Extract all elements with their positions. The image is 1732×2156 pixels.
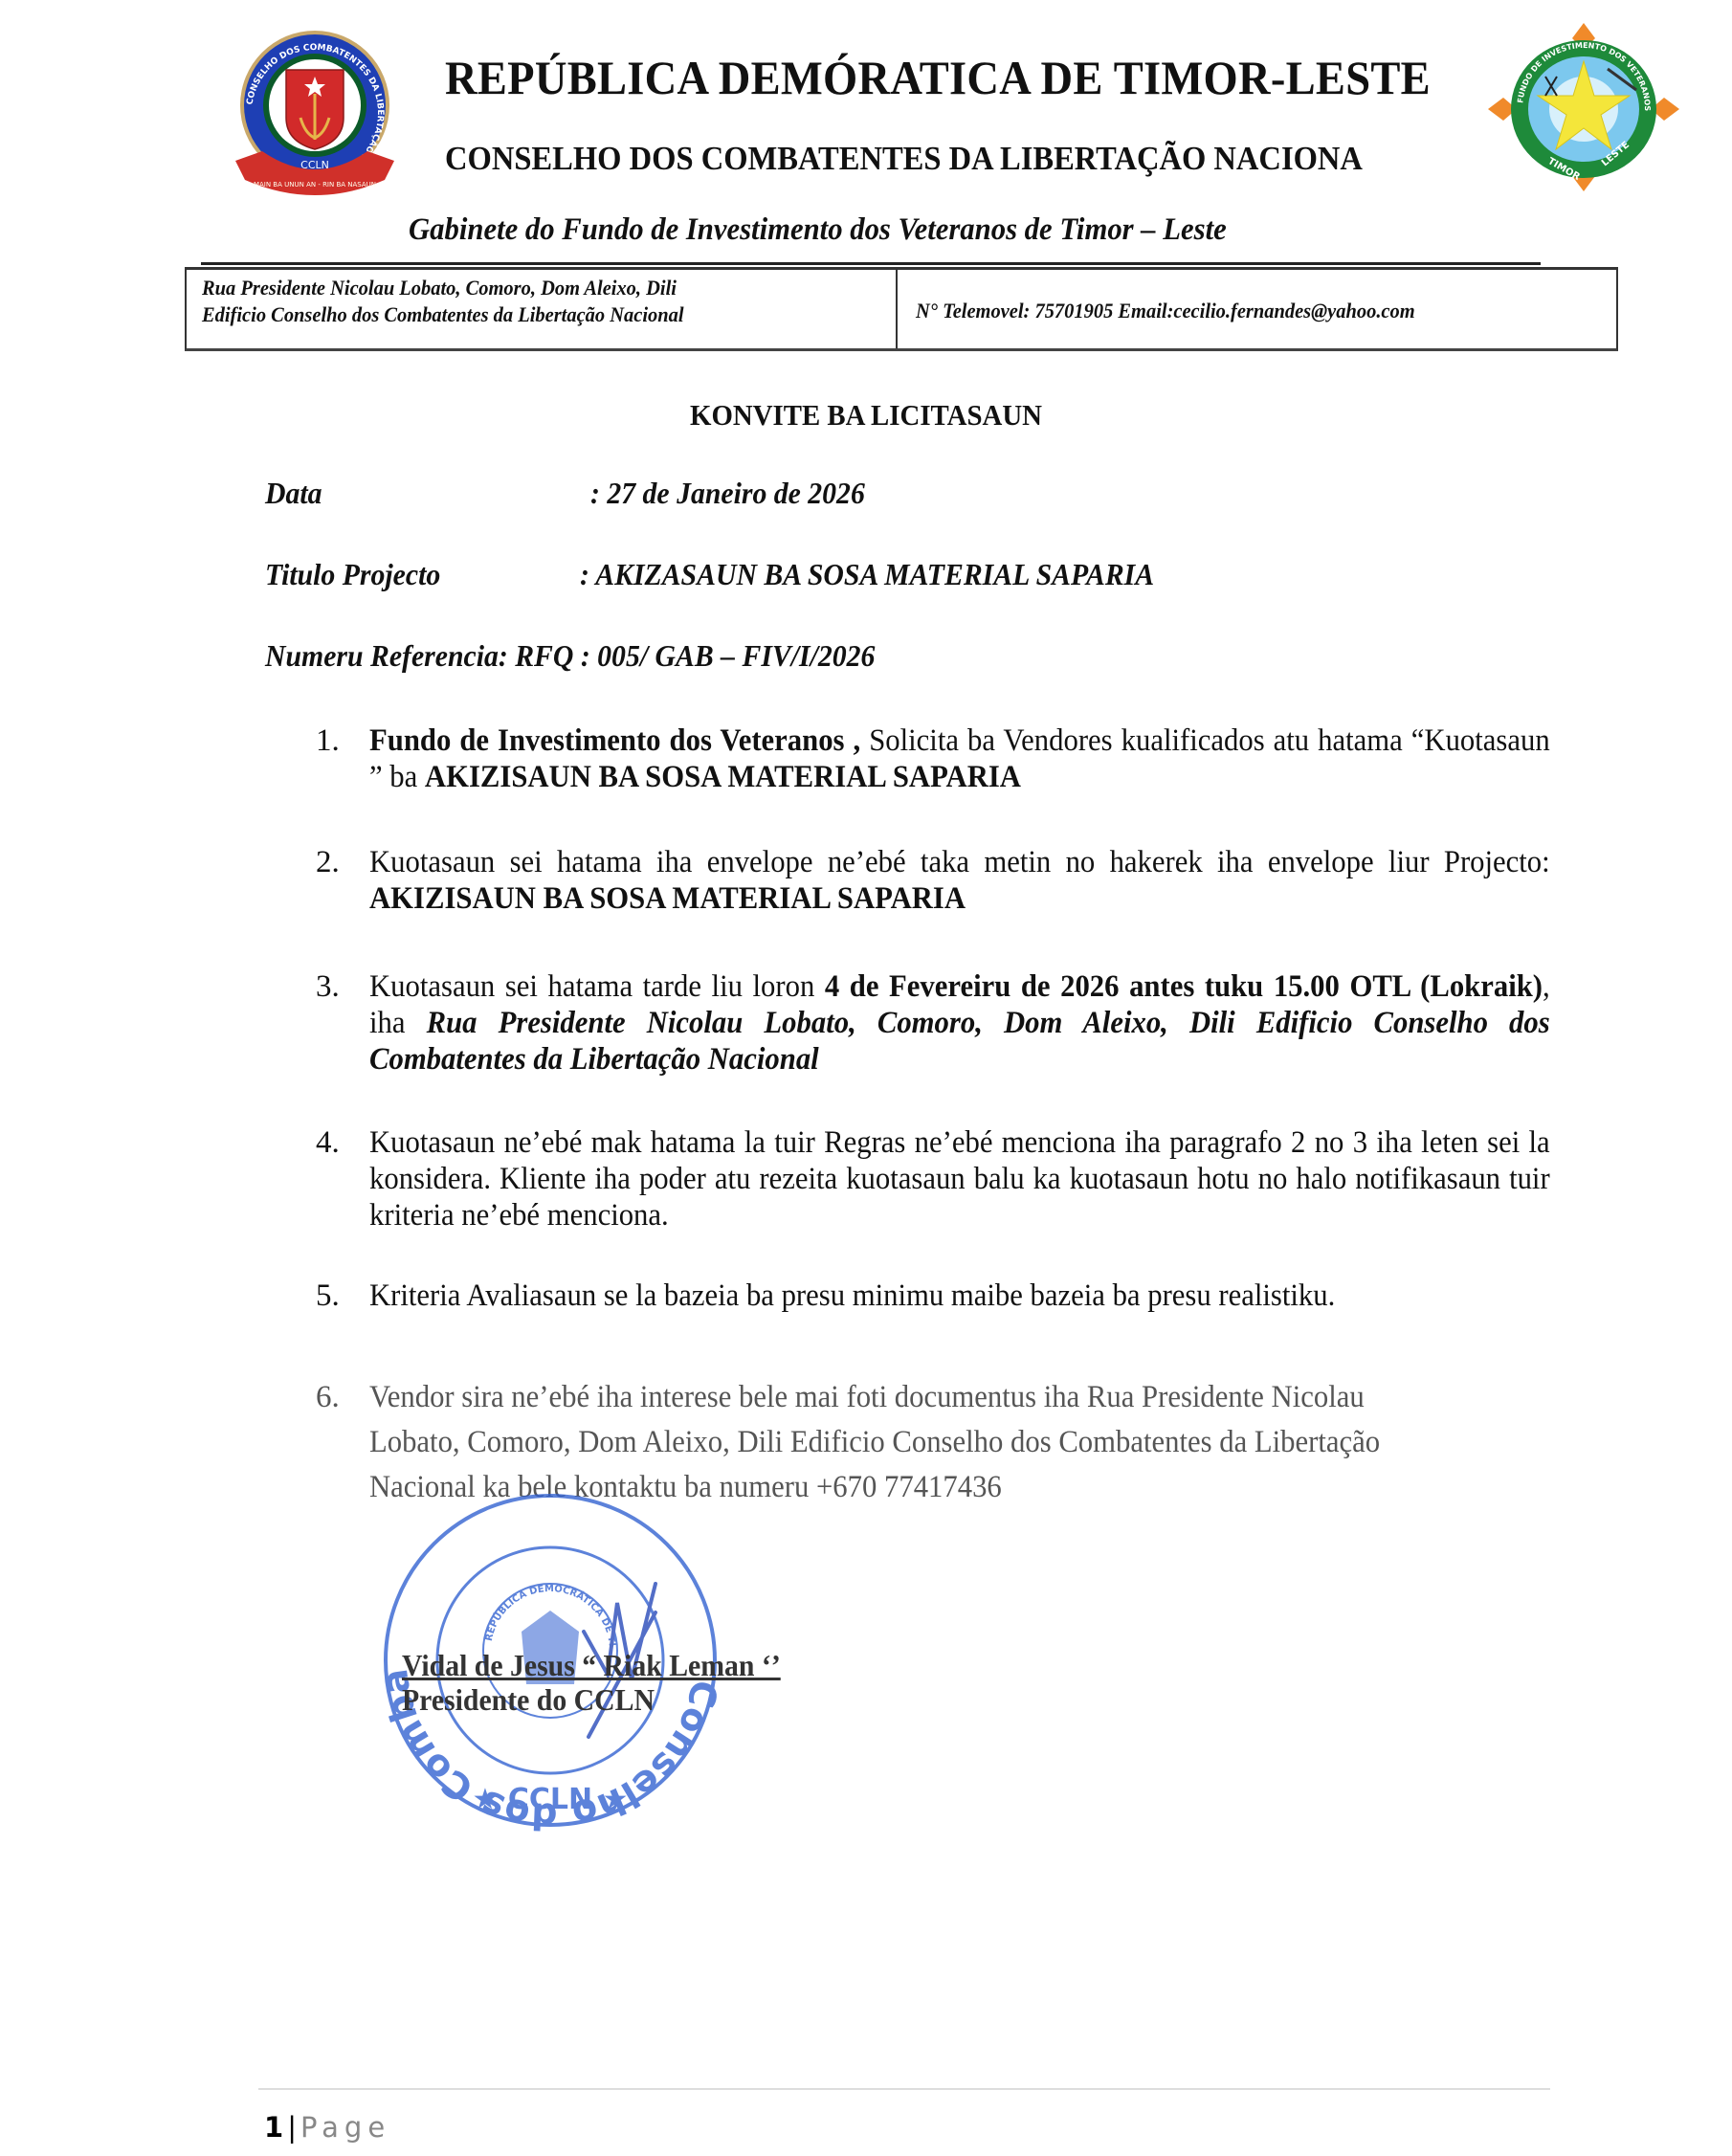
- project-title-value: : AKIZASAUN BA SOSA MATERIAL SAPARIA: [580, 557, 1154, 592]
- header-rule: [201, 262, 1541, 265]
- date-value: : 27 de Janeiro de 2026: [590, 476, 865, 511]
- contact-details: N° Telemovel: 75701905 Email:cecilio.fer…: [916, 299, 1415, 323]
- address-line-1: Rua Presidente Nicolau Lobato, Comoro, D…: [202, 275, 684, 301]
- address-line-2: Edificio Conselho dos Combatentes da Lib…: [202, 301, 684, 328]
- info-box-divider: [896, 270, 898, 348]
- item-text: Kuotasaun ne’ebé mak hatama la tuir Regr…: [369, 1124, 1550, 1234]
- document-title: KONVITE BA LICITASAUN: [60, 398, 1671, 433]
- signatory-title: Presidente do CCLN: [402, 1682, 655, 1718]
- item-number: 5.: [316, 1278, 340, 1314]
- project-title-label: Titulo Projecto: [265, 557, 440, 592]
- republic-title: REPÚBLICA DEMÓRATICA DE TIMOR-LESTE: [445, 50, 1431, 105]
- svg-text:MAIN BA UNUN AN - RIN BA NASAU: MAIN BA UNUN AN - RIN BA NASAUN: [254, 181, 376, 189]
- reference-line: Numeru Referencia: RFQ : 005/ GAB – FIV/…: [265, 638, 875, 674]
- page-number: 1: [264, 2111, 283, 2144]
- item-italic-address: Rua Presidente Nicolau Lobato, Comoro, D…: [369, 1006, 1550, 1077]
- item-text: Kuotasaun sei hatama tarde liu loron: [369, 969, 825, 1004]
- item-number: 2.: [316, 844, 340, 880]
- svg-text:★ CCLN ★: ★ CCLN ★: [473, 1783, 629, 1816]
- item-bold-tail: AKIZISAUN BA SOSA MATERIAL SAPARIA: [369, 881, 966, 916]
- council-title: CONSELHO DOS COMBATENTES DA LIBERTAÇÃO N…: [445, 140, 1363, 178]
- item-number: 3.: [316, 968, 340, 1005]
- address-block: Rua Presidente Nicolau Lobato, Comoro, D…: [202, 275, 684, 328]
- cabinet-subtitle: Gabinete do Fundo de Investimento dos Ve…: [409, 212, 1227, 248]
- item-text: Kriteria Avaliasaun se la bazeia ba pres…: [369, 1278, 1550, 1314]
- veterans-fund-logo: FUNDO DE INVESTIMENTO DOS VETERANOS DE T…: [1478, 21, 1689, 193]
- page-separator: |: [287, 2111, 297, 2144]
- footer-rule: [258, 2088, 1550, 2090]
- item-bold-lead: Fundo de Investimento dos Veteranos ,: [369, 723, 860, 758]
- page-footer: 1|Page: [264, 2111, 390, 2144]
- signatory-name: Vidal de Jesus “ Riak Leman ‘’: [402, 1648, 781, 1683]
- reference-label: Numeru Referencia: [265, 638, 499, 673]
- item-bold-tail: AKIZISAUN BA SOSA MATERIAL SAPARIA: [425, 760, 1021, 794]
- item-number: 6.: [316, 1375, 340, 1420]
- item-number: 1.: [316, 722, 340, 759]
- ccln-logo: CONSELHO DOS COMBATENTES DA LIBERTAÇÃO N…: [233, 27, 396, 199]
- item-number: 4.: [316, 1124, 340, 1161]
- item-text: Kuotasaun sei hatama iha envelope ne’ebé…: [369, 845, 1550, 879]
- date-label: Data: [265, 476, 322, 511]
- contact-info-box: Rua Presidente Nicolau Lobato, Comoro, D…: [185, 267, 1618, 351]
- page-label: Page: [300, 2111, 390, 2144]
- item-bold-deadline: 4 de Fevereiru de 2026 antes tuku 15.00 …: [825, 969, 1543, 1004]
- reference-value: : RFQ : 005/ GAB – FIV/I/2026: [499, 638, 876, 673]
